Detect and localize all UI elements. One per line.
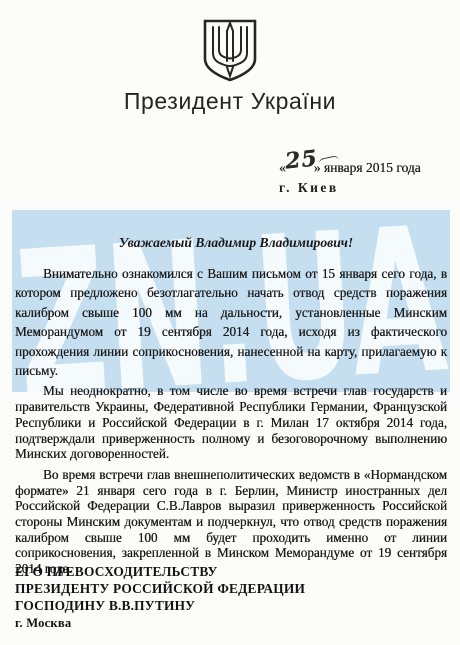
salutation: Уважаемый Владимир Владимирович! (25, 235, 447, 251)
letter-body: Уважаемый Владимир Владимирович! Внимате… (15, 235, 447, 577)
recipient-city-moscow: г. Москва (15, 615, 305, 632)
paragraph-1: Внимательно ознакомился с Вашим письмом … (15, 264, 447, 380)
recipient-address-block: ЕГО ПРЕВОСХОДИТЕЛЬСТВУ ПРЕЗИДЕНТУ РОССИЙ… (15, 563, 305, 632)
handwritten-day: 25 (284, 145, 319, 174)
recipient-line-3: ГОСПОДИНУ В.В.ПУТИНУ (15, 597, 305, 614)
scanned-letter-page: Президент України «» января 2015 года 25… (0, 0, 460, 645)
paragraph-3: Во время встречи глав внешнеполитических… (15, 467, 447, 577)
city-kyiv-label: г. Киев (279, 180, 421, 196)
date-line: «» января 2015 года 25 (279, 160, 421, 176)
date-block: «» января 2015 года 25 г. Киев (279, 160, 421, 196)
recipient-line-2: ПРЕЗИДЕНТУ РОССИЙСКОЙ ФЕДЕРАЦИИ (15, 580, 305, 597)
letterhead-title: Президент України (0, 88, 460, 115)
recipient-line-1: ЕГО ПРЕВОСХОДИТЕЛЬСТВУ (15, 563, 305, 580)
paragraph-2: Мы неоднократно, в том числе во время вс… (15, 383, 447, 462)
trident-emblem-icon (202, 19, 258, 83)
